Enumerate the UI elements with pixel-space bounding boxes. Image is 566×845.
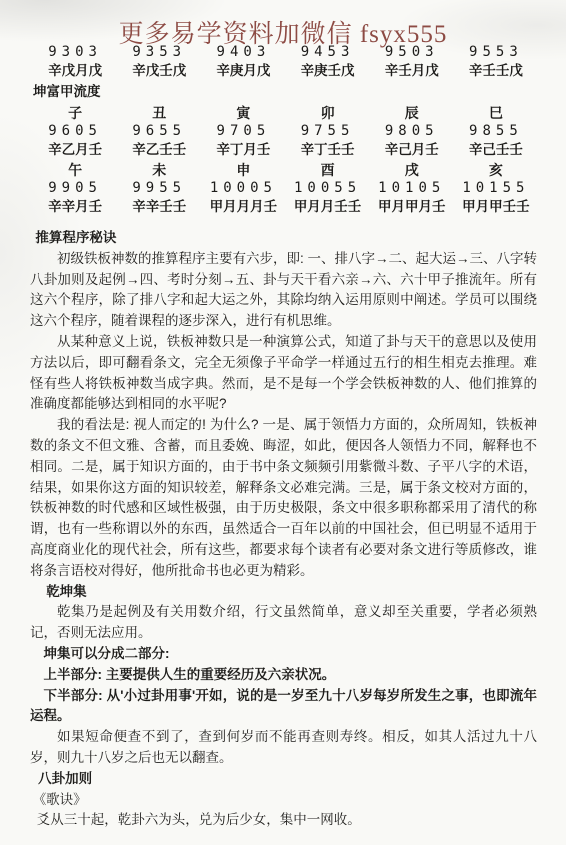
ganzhi-cell: 辛壬壬戊 — [454, 61, 538, 81]
fate-number: 9605 — [33, 123, 117, 139]
ganzhi-cell: 辛壬月戊 — [370, 61, 454, 81]
branch-cell: 巳 — [454, 103, 538, 123]
ganzhi-row-header: 辛戊月戊辛戊壬戊辛庚月戊辛庚壬戊辛壬月戊辛壬壬戊 — [33, 61, 538, 81]
ganzhi-cell: 辛己月壬 — [370, 140, 454, 160]
fate-number: 9655 — [117, 123, 201, 139]
fate-number: 10055 — [285, 180, 369, 196]
paragraph-procedure-steps: 初级铁板神数的推算程序主要有六步，即: 一、排八字→二、起大运→三、八字转八卦加… — [30, 249, 537, 332]
ganzhi-cell: 甲月甲壬壬 — [454, 197, 538, 217]
fate-number: 9705 — [201, 123, 285, 139]
heading-qiankun-collection: 乾坤集 — [30, 582, 537, 603]
branch-cell: 丑 — [117, 103, 201, 123]
fate-number: 9303 — [33, 44, 117, 60]
heading-song-formula: 《歌诀》 — [30, 790, 537, 811]
line-song-formula-verse: 爻从三十起，乾卦六为头，兑为后少女，集中一网收。 — [30, 810, 537, 831]
ganzhi-cell: 辛庚月戊 — [201, 61, 285, 81]
ganzhi-cell: 辛乙壬壬 — [117, 140, 201, 160]
branch-cell: 辰 — [370, 103, 454, 123]
branch-cell: 未 — [117, 160, 201, 180]
number-row-header: 930393539403945395039553 — [33, 44, 538, 60]
fate-number: 9805 — [370, 123, 454, 139]
ganzhi-cell: 辛乙月壬 — [33, 140, 117, 160]
ganzhi-cell: 甲月甲月壬 — [370, 197, 454, 217]
paragraph-formula-nature: 从某种意义上说，铁板神数只是一种演算公式，知道了卦与天干的意思以及使用方法以后，… — [30, 332, 537, 415]
fate-number-table: 930393539403945395039553 辛戊月戊辛戊壬戊辛庚月戊辛庚壬… — [33, 44, 538, 217]
paragraph-my-opinion: 我的看法是: 视人而定的! 为什么? 一是、属于领悟力方面的，众所周知，铁板神数… — [30, 415, 537, 581]
fate-number: 9553 — [454, 44, 538, 60]
scanned-book-page: 更多易学资料加微信 fsyx555 9303935394039453950395… — [0, 0, 566, 845]
branch-row-2: 午未申酉戌亥 — [33, 160, 538, 180]
fate-number: 9855 — [454, 123, 538, 139]
ganzhi-cell: 辛丁壬壬 — [285, 140, 369, 160]
paragraph-qian-collection: 乾集乃是起例及有关用数介绍，行文虽然简单，意义却至关重要，学者必须熟记，否则无法… — [30, 602, 537, 644]
ganzhi-cell: 辛戊壬戊 — [117, 61, 201, 81]
fate-number: 9905 — [33, 180, 117, 196]
paragraph-short-life: 如果短命便查不到了，查到何岁而不能再查则寿终。相反，如其人活过九十八岁，则九十八… — [30, 727, 537, 769]
ganzhi-cell: 辛戊月戊 — [33, 61, 117, 81]
line-kun-two-parts: 坤集可以分成二部分: — [30, 644, 537, 665]
number-row-2: 9905995510005100551010510155 — [33, 180, 538, 196]
ganzhi-row-2: 辛辛月壬辛辛壬壬甲月月月壬甲月月壬壬甲月甲月壬甲月甲壬壬 — [33, 197, 538, 217]
fate-number: 9503 — [370, 44, 454, 60]
branch-cell: 亥 — [454, 160, 538, 180]
fate-number: 10005 — [201, 180, 285, 196]
branch-cell: 酉 — [285, 160, 369, 180]
fate-number: 9453 — [285, 44, 369, 60]
branch-cell: 卯 — [285, 103, 369, 123]
ganzhi-cell: 辛庚壬戊 — [285, 61, 369, 81]
ganzhi-cell: 甲月月月壬 — [201, 197, 285, 217]
ganzhi-row-1: 辛乙月壬辛乙壬壬辛丁月壬辛丁壬壬辛己月壬辛己壬壬 — [33, 140, 538, 160]
ganzhi-cell: 辛辛月壬 — [33, 197, 117, 217]
fate-number: 10105 — [370, 180, 454, 196]
line-lower-half: 下半部分: 从'小过卦用事'开如，说的是一岁至九十八岁每岁所发生之事，也即流年运… — [30, 686, 537, 728]
branch-cell: 申 — [201, 160, 285, 180]
fate-number: 9755 — [285, 123, 369, 139]
branch-cell: 子 — [33, 103, 117, 123]
heading-calculation-procedure: 推算程序秘诀 — [30, 228, 537, 249]
number-row-1: 960596559705975598059855 — [33, 123, 538, 139]
ganzhi-cell: 辛己壬壬 — [454, 140, 538, 160]
branch-cell: 午 — [33, 160, 117, 180]
branch-cell: 戌 — [370, 160, 454, 180]
branch-cell: 寅 — [201, 103, 285, 123]
ganzhi-cell: 甲月月壬壬 — [285, 197, 369, 217]
ganzhi-cell: 辛辛壬壬 — [117, 197, 201, 217]
heading-bagua-rule: 八卦加则 — [30, 769, 537, 790]
line-upper-half: 上半部分: 主要提供人生的重要经历及六亲状况。 — [30, 665, 537, 686]
fate-number: 10155 — [454, 180, 538, 196]
ganzhi-cell: 辛丁月壬 — [201, 140, 285, 160]
branch-row-1: 子丑寅卯辰巳 — [33, 103, 538, 123]
article-body: 推算程序秘诀 初级铁板神数的推算程序主要有六步，即: 一、排八字→二、起大运→三… — [30, 228, 537, 831]
fate-number: 9353 — [117, 44, 201, 60]
fate-number: 9955 — [117, 180, 201, 196]
fate-number: 9403 — [201, 44, 285, 60]
section-label: 坤富甲流度 — [33, 82, 538, 102]
